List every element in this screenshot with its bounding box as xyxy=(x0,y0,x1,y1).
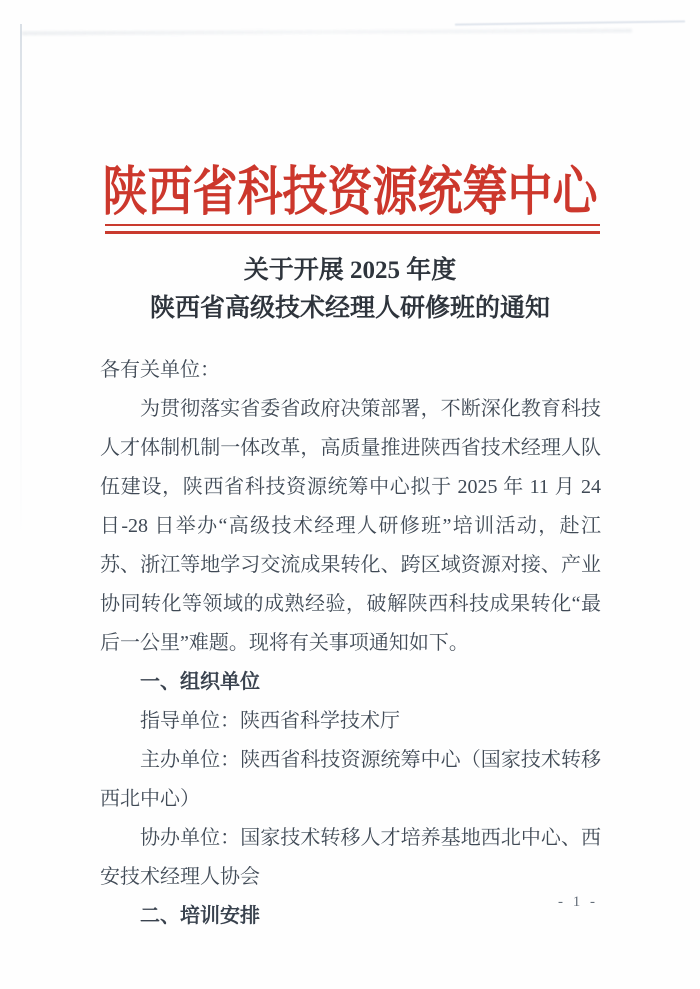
letterhead-rule-top xyxy=(105,224,600,226)
letterhead: 陕西省科技资源统筹中心 xyxy=(0,148,700,213)
coorganizer-unit-line: 协办单位：国家技术转移人才培养基地西北中心、西安技术经理人协会 xyxy=(100,819,601,897)
host-unit-line: 主办单位：陕西省科技资源统筹中心（国家技术转移西北中心） xyxy=(100,741,601,819)
section-heading-2: 二、培训安排 xyxy=(100,897,601,936)
scan-edge-top xyxy=(22,29,632,36)
document-body: 各有关单位： 为贯彻落实省委省政府决策部署，不断深化教育科技人才体制机制一体改革… xyxy=(100,351,601,936)
page-number: - 1 - xyxy=(558,894,598,911)
letterhead-org-name: 陕西省科技资源统筹中心 xyxy=(102,148,597,225)
salutation: 各有关单位： xyxy=(100,351,601,390)
section-heading-1: 一、组织单位 xyxy=(100,663,601,702)
intro-paragraph: 为贯彻落实省委省政府决策部署，不断深化教育科技人才体制机制一体改革，高质量推进陕… xyxy=(100,390,601,663)
letterhead-double-rule xyxy=(105,224,600,234)
document-title: 关于开展 2025 年度 陕西省高级技术经理人研修班的通知 xyxy=(0,252,700,328)
document-title-line2: 陕西省高级技术经理人研修班的通知 xyxy=(0,290,700,328)
scanned-document-page: 陕西省科技资源统筹中心 关于开展 2025 年度 陕西省高级技术经理人研修班的通… xyxy=(0,0,700,989)
scan-edge-top-right xyxy=(455,20,685,25)
letterhead-rule-bottom xyxy=(105,231,600,234)
guidance-unit-line: 指导单位：陕西省科学技术厅 xyxy=(100,702,601,741)
document-title-line1: 关于开展 2025 年度 xyxy=(0,252,700,290)
